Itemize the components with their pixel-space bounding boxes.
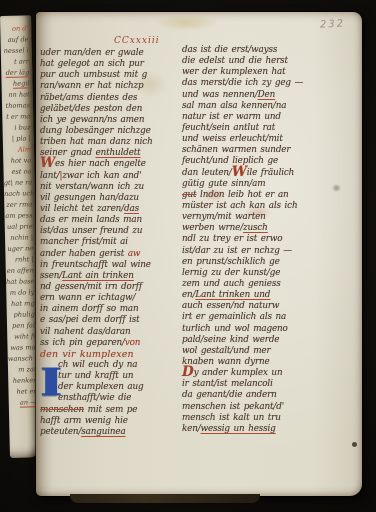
text-segment: die edelst und die herst	[182, 56, 288, 66]
facing-text-fragment: hat base	[6, 276, 37, 288]
parchment-stain	[154, 14, 218, 31]
text-segment: Lant ain trinken	[62, 271, 134, 281]
text-column-left: I uder man/den er gwalehat gelegot an si…	[40, 48, 180, 438]
text-lines-right: das ist die erst/wayssdie edelst und die…	[182, 45, 358, 435]
text-segment: pald/seine kind werde	[182, 335, 279, 345]
text-line: ch wil euch dy na	[40, 360, 180, 371]
facing-page-edge: on d'auf denessel it arrder läghegilnn h…	[0, 15, 41, 458]
text-segment: natur ist er warm und	[182, 112, 281, 122]
text-segment: auch essen/nd naturw	[182, 301, 279, 311]
text-segment: werben wrne/	[182, 223, 243, 233]
text-line: in freuntschafft wal wine	[40, 260, 180, 271]
text-line: räbet/ams dientes des	[40, 93, 180, 104]
text-segment: lernig zu der kunst/ge	[182, 268, 280, 278]
text-segment: en prunst/schiklich ge	[182, 257, 280, 267]
text-segment: t er ma	[6, 112, 30, 121]
text-line: der kumplexen aug	[40, 382, 180, 393]
text-segment: Den	[258, 90, 275, 100]
text-segment: uder man/den er gwale	[40, 48, 144, 58]
text-segment: Lant trinken und	[195, 290, 270, 300]
text-line: lernig zu der kunst/ge	[182, 268, 358, 279]
text-line: da genant/die andern	[182, 390, 358, 401]
text-line: hat gelegot an sich pur	[40, 59, 180, 70]
text-segment: nessel i	[4, 46, 29, 55]
text-segment: hat base	[6, 277, 35, 286]
facing-text-fragment: der läg	[1, 67, 32, 79]
text-line: ssen/Lant ain trinken	[40, 271, 180, 282]
text-line: Wes hier nach engelte	[40, 159, 180, 170]
text-segment: m do ly	[10, 288, 35, 297]
text-segment: ile fräulich	[247, 168, 294, 178]
facing-text-fragment: on d'	[0, 23, 31, 35]
text-segment: hat mg	[11, 299, 35, 308]
text-line: die edelst und die herst	[182, 56, 358, 67]
text-segment: was ma	[10, 343, 35, 352]
text-segment: auf de	[8, 35, 29, 43]
text-segment: wer der kumplexen hat	[182, 67, 286, 77]
text-line: turlich und wol mageno	[182, 324, 358, 335]
text-segment: vil leicht tet zaren/	[40, 204, 124, 214]
text-line: vil leicht tet zaren/das	[40, 204, 180, 215]
manuscript-photo: on d'auf denessel it arrder läghegilnn h…	[0, 0, 376, 512]
text-segment: nd gessen/mit irn dorff	[40, 282, 142, 292]
facing-text-fragment: est oa	[3, 166, 34, 178]
text-segment: enthuldett	[96, 148, 141, 158]
facing-text-fragment: het er	[8, 386, 39, 398]
text-segment: müster ist ach kan als ich	[182, 201, 297, 211]
text-segment: der läg	[6, 68, 30, 77]
text-line: ken/wessig un hessig	[182, 424, 358, 435]
text-segment: dung lobesänger nichzge	[40, 126, 151, 136]
text-segment: ssen/	[40, 271, 62, 281]
facing-text-fragment: hegil	[1, 78, 32, 90]
text-segment: hat gelegot an sich pur	[40, 59, 144, 69]
text-segment: nn hat	[8, 90, 30, 98]
text-segment: thomas	[6, 101, 31, 110]
text-line: auch essen/nd naturw	[182, 301, 358, 312]
text-segment: mancher frist/mit ai	[40, 237, 128, 247]
text-line: pald/seine kind werde	[182, 335, 358, 346]
facing-text-fragment: phulig	[7, 309, 38, 321]
text-segment: en/	[182, 290, 195, 300]
text-segment: ensthafft/wie die	[58, 393, 131, 403]
text-line: ander haben gerist aw	[40, 249, 180, 260]
text-segment: es hier nach engelte	[55, 159, 146, 169]
text-line: sal man alsa kennen/na	[182, 101, 358, 112]
facing-text-fragment: henker	[8, 375, 39, 387]
text-segment: W	[40, 155, 55, 171]
facing-text-fragment: gt| ne ra	[4, 177, 35, 189]
facing-text-fragment: hot va	[3, 155, 34, 167]
text-line: tur und krafft un	[40, 371, 180, 382]
text-line: und was nennen/Den	[182, 90, 358, 101]
text-segment: hot va	[11, 156, 32, 164]
text-segment: rnht |	[15, 255, 34, 263]
text-segment: mensch ist kalt un tru	[182, 413, 281, 423]
text-segment: vil gesungen han/dazu	[40, 193, 139, 203]
text-lines-left: uder man/den er gwalehat gelegot an sich…	[40, 48, 180, 438]
text-segment: der kumplexen aug	[58, 382, 143, 392]
text-segment: zusch	[243, 223, 268, 233]
text-line: das ist die erst/wayss	[182, 45, 358, 56]
initial-letter: I	[40, 359, 57, 405]
text-segment: wol gestalt/und mer	[182, 346, 271, 356]
text-line: menschen mit sem pe	[40, 405, 180, 416]
facing-text-fragment: en affen	[6, 265, 37, 277]
text-segment: wiht fi	[14, 332, 35, 340]
text-segment: t arr	[14, 57, 29, 65]
text-segment: das ist die erst/wayss	[182, 45, 277, 55]
text-line: vernym/mit warten	[182, 212, 358, 223]
text-segment: zer rma	[6, 200, 32, 209]
text-segment: phulig	[14, 310, 35, 318]
facing-text-fragment: zer rma	[4, 199, 35, 211]
facing-text-fragment: wiht fi	[7, 331, 38, 343]
text-segment: gütig gute sinn/am	[182, 179, 265, 189]
text-segment: gt| ne ra	[4, 178, 33, 187]
text-line: nit verstan/wann ich zu	[40, 182, 180, 193]
text-line: gütig gute sinn/am	[182, 179, 358, 190]
text-segment: m zal	[18, 365, 36, 373]
facing-text-fragment: was ma	[7, 342, 38, 354]
text-segment: vernym/mit warten	[182, 212, 266, 222]
text-segment: W	[232, 164, 247, 180]
text-segment: ist/dar zu ist er nchzg —	[182, 246, 292, 256]
text-line: irt er gemainlich als na	[182, 312, 358, 323]
text-segment: nchin |	[10, 233, 33, 242]
text-line: werben wrne/zusch	[182, 223, 358, 234]
text-line: vil nahent das/daran	[40, 327, 180, 338]
underlying-page-edge	[70, 494, 260, 503]
text-line: wer der kumplexen hat	[182, 67, 358, 78]
text-line: feucht/und lieplich ge	[182, 156, 358, 167]
facing-text-fragment: thomas	[2, 100, 33, 112]
text-segment: das merst/die ich zy geg —	[182, 78, 303, 88]
text-segment: ual prie	[7, 222, 33, 231]
text-segment: von	[125, 338, 140, 348]
text-line: ran/wann er hat nichzp	[40, 81, 180, 92]
text-segment: und was nennen/	[182, 90, 258, 100]
text-segment: sanguinea	[81, 427, 125, 437]
facing-text-fragment: nach uch	[4, 188, 35, 200]
text-line: knaben wann dyrne	[182, 357, 358, 368]
text-segment: pur auch umbsust mit g	[40, 70, 147, 80]
text-segment: lndon leib hot er an	[196, 190, 288, 200]
facing-text-fragment: pen fal	[7, 320, 38, 332]
text-line: ss ich pin geparen/von	[40, 338, 180, 349]
text-segment: dan leuten/	[182, 168, 232, 178]
text-line: seiner gnad enthuldett	[40, 148, 180, 159]
text-line: menschen ist pekant/d'	[182, 402, 358, 413]
text-segment: on d'	[12, 24, 29, 32]
facing-page-fragments: on d'auf denessel it arrder läghegilnn h…	[0, 15, 40, 409]
text-line: uder man/den er gwale	[40, 48, 180, 59]
text-line: hafft arm wenig hie	[40, 416, 180, 427]
facing-text-fragment: i buz	[2, 122, 33, 134]
text-segment: ran/wann er hat nichzp	[40, 81, 143, 91]
text-segment: feucht/sein antlut rat	[182, 123, 275, 133]
text-line: geläbet/des peston den	[40, 104, 180, 115]
text-segment: geläbet/des peston den	[40, 104, 142, 114]
text-line: Dy ander kumplex un	[182, 368, 358, 379]
text-segment: triben hat man danz nich	[40, 137, 153, 147]
text-segment: knaben wann dyrne	[182, 357, 270, 367]
text-line: ir stant/ist melancoli	[182, 379, 358, 390]
text-line: schänen warmen sunder	[182, 145, 358, 156]
folio-number: 232	[320, 18, 346, 30]
text-line: en/Lant trinken und	[182, 290, 358, 301]
text-line: mensch ist kalt un tru	[182, 413, 358, 424]
text-segment: Alm	[18, 145, 31, 153]
text-column-right: das ist die erst/wayssdie edelst und die…	[182, 45, 358, 435]
text-segment: y ander kumplex un	[194, 368, 283, 378]
text-segment: das	[124, 204, 139, 214]
text-line: ich ye gewann/ns amen	[40, 115, 180, 126]
facing-text-fragment: am pess	[4, 210, 35, 222]
text-segment: tur und krafft un	[58, 371, 133, 381]
text-line: ist/dar zu ist er nchzg —	[182, 246, 358, 257]
text-segment: ss ich pin geparen/	[40, 338, 125, 348]
text-segment: feucht/und lieplich ge	[182, 156, 278, 166]
text-segment: ken/	[182, 424, 201, 434]
text-segment: das er mein lands man	[40, 215, 142, 225]
text-segment: henker	[13, 376, 37, 385]
text-line: ndl zu trey er ist erwo	[182, 234, 358, 245]
text-segment: mit sem pe	[84, 405, 137, 415]
chapter-heading: CCxxxiii	[114, 36, 160, 46]
ink-spot	[352, 442, 357, 447]
text-segment: an —	[20, 398, 37, 406]
facing-text-fragment: nessel i	[1, 45, 32, 57]
text-line: ern wann er ichtagw/	[40, 293, 180, 304]
text-segment: ir stant/ist melancoli	[182, 379, 273, 389]
text-segment: | pla |	[12, 134, 31, 142]
text-segment: uger ne	[7, 244, 33, 253]
text-segment: menschen	[40, 405, 84, 415]
text-line: natur ist er warm und	[182, 112, 358, 123]
text-segment: est oa	[12, 167, 32, 175]
text-segment: wessig un hessig	[201, 424, 276, 434]
text-line: wol gestalt/und mer	[182, 346, 358, 357]
facing-text-fragment: auf de	[0, 34, 31, 46]
facing-text-fragment: hat mg	[6, 298, 37, 310]
text-line: dung lobesänger nichzge	[40, 126, 180, 137]
facing-text-fragment: Alm	[3, 144, 34, 156]
text-segment: nach uch	[4, 189, 35, 198]
text-segment: schänen warmen sunder	[182, 145, 290, 155]
text-segment: lant/	[40, 171, 59, 181]
text-line: pur auch umbsust mit g	[40, 70, 180, 81]
text-segment: nit verstan/wann ich zu	[40, 182, 144, 192]
text-segment: e sas/pei dem dorff ist	[40, 315, 140, 325]
text-segment: vil nahent das/daran	[40, 327, 131, 337]
text-line: in ainem dorff so man	[40, 304, 180, 315]
text-segment: aw	[128, 249, 140, 259]
text-line: nd gessen/mit irn dorff	[40, 282, 180, 293]
text-segment: ern wann er ichtagw/	[40, 293, 135, 303]
text-line: den vir kumplexen	[40, 349, 180, 360]
text-line: das merst/die ich zy geg —	[182, 78, 358, 89]
facing-text-fragment: t er ma	[2, 111, 33, 123]
facing-text-fragment: uger ne	[5, 243, 36, 255]
text-line: triben hat man danz nich	[40, 137, 180, 148]
text-segment: D	[182, 364, 194, 380]
facing-text-fragment: nchin |	[5, 232, 36, 244]
text-segment: hafft arm wenig hie	[40, 416, 128, 426]
text-segment: wansch i	[8, 354, 38, 363]
facing-text-fragment: m do ly	[6, 287, 37, 299]
text-segment: sal man alsa kennen/na	[182, 101, 286, 111]
text-segment: irt er gemainlich als na	[182, 312, 286, 322]
text-line: zem und auch geniess	[182, 279, 358, 290]
text-line: ist/das unser freund zu	[40, 226, 180, 237]
text-segment: da genant/die andern	[182, 390, 277, 400]
text-line: e sas/pei dem dorff ist	[40, 315, 180, 326]
text-segment: het er	[16, 387, 36, 395]
text-segment: ist/das unser freund zu	[40, 226, 142, 236]
text-line: lant/|zwar ich kan and'	[40, 171, 180, 182]
text-segment: ander haben gerist	[40, 249, 128, 259]
text-line: peteuten/sanguinea	[40, 427, 180, 438]
text-line: vil gesungen han/dazu	[40, 193, 180, 204]
text-segment: pen fal	[12, 321, 35, 330]
text-line: en prunst/schiklich ge	[182, 257, 358, 268]
text-segment: zwar ich kan and'	[62, 171, 141, 181]
text-segment: menschen ist pekant/d'	[182, 402, 284, 412]
text-segment: en affen	[7, 266, 34, 275]
text-segment: turlich und wol mageno	[182, 324, 288, 334]
facing-text-fragment: t arr	[1, 56, 32, 68]
text-line: und weiss erleucht/mit	[182, 134, 358, 145]
text-segment: am pess	[5, 211, 32, 220]
facing-text-fragment: ual prie	[5, 221, 36, 233]
text-segment: hegil	[13, 79, 30, 87]
text-segment: räbet/ams dientes des	[40, 93, 137, 103]
text-line: müster ist ach kan als ich	[182, 201, 358, 212]
text-segment: ich ye gewann/ns amen	[40, 115, 144, 125]
text-segment: ch wil euch dy na	[58, 360, 137, 370]
text-line: ensthafft/wie die	[40, 393, 180, 404]
facing-text-fragment: wansch i	[8, 353, 39, 365]
text-segment: in freuntschafft wal wine	[40, 260, 151, 270]
text-segment: zem und auch geniess	[182, 279, 281, 289]
text-segment: gut	[182, 190, 196, 200]
text-line: feucht/sein antlut rat	[182, 123, 358, 134]
text-segment: in ainem dorff so man	[40, 304, 139, 314]
text-line: das er mein lands man	[40, 215, 180, 226]
text-line: mancher frist/mit ai	[40, 237, 180, 248]
text-line: gut lndon leib hot er an	[182, 190, 358, 201]
text-segment: i buz	[14, 123, 30, 131]
facing-text-fragment: rnht |	[5, 254, 36, 266]
illuminated-initial-I: I	[40, 360, 57, 406]
text-segment: ndl zu trey er ist erwo	[182, 234, 282, 244]
facing-text-fragment: nn hat	[2, 89, 33, 101]
text-segment: und weiss erleucht/mit	[182, 134, 283, 144]
facing-text-fragment: | pla |	[3, 133, 34, 145]
text-line: dan leuten/Wile fräulich	[182, 168, 358, 179]
facing-text-fragment: m zal	[8, 364, 39, 376]
manuscript-page: 232 CCxxxiii I uder man/den er gwalehat …	[36, 12, 362, 496]
text-segment: peteuten/	[40, 427, 81, 437]
